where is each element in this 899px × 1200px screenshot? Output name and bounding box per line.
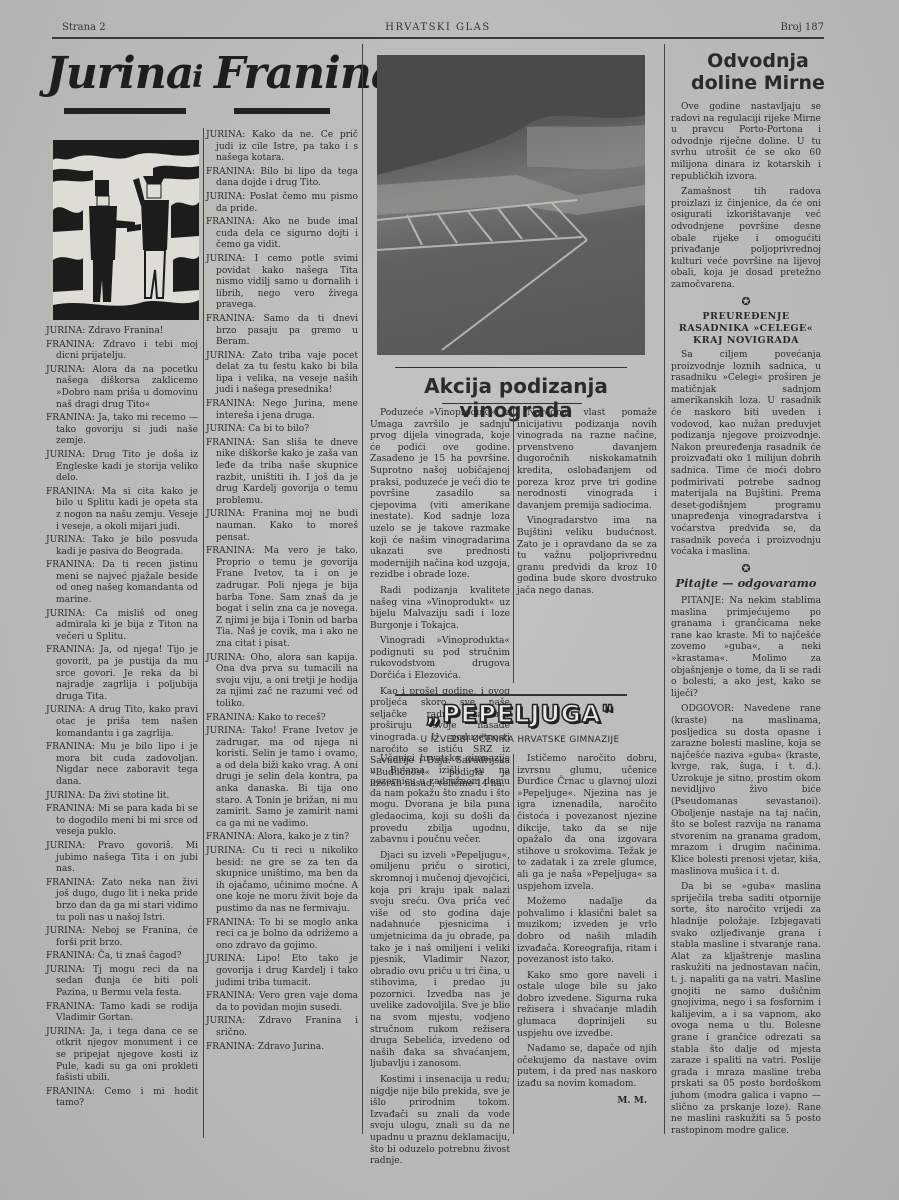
article-paragraph: Djaci su izveli »Pepeljugu«, omiljenu pr… [370, 851, 510, 1071]
article-paragraph: Ističemo naročito dobru, izvrsnu glumu, … [517, 754, 657, 893]
dialogue-line: JURINA: Drug Tito je doša iz Engleske ka… [46, 450, 198, 485]
article-paragraph: Nadamo se, dapače od njih očekujemo da n… [517, 1044, 657, 1090]
two-men-talking-icon [53, 140, 199, 320]
vineyard-aerial-photo-icon [377, 55, 645, 355]
issue-number: Broj 187 [780, 22, 824, 33]
article-paragraph: Kostimi i insenacija u redu; nigdje nije… [370, 1075, 510, 1168]
dialogue-line: JURINA: Tj mogu reci da na sedan đunja ć… [46, 965, 198, 1000]
dialogue-line: JURINA: Tako! Frane Ivetov je zadrugar, … [206, 726, 358, 830]
article-paragraph: Vinogradi »Vinoprodukta« podignuti su po… [370, 636, 510, 682]
dialogue-line: JURINA: Franina moj ne budi nauman. Kako… [206, 509, 358, 544]
dialogue-line: JURINA: Lipo! Eto tako je govorija i dru… [206, 954, 358, 989]
question-paragraph: PITANJE: Na nekim stablima maslina primj… [671, 596, 821, 700]
dialogue-line: FRANINA: Ča, ti znaš čagod? [46, 951, 198, 963]
headline-underline [442, 403, 582, 404]
dialogue-column-2: JURINA: Kako da ne. Ce prič judi iz cile… [206, 130, 358, 1055]
pepeljuga-headline: „PEPELJUGA" [410, 700, 630, 728]
dialogue-line: FRANINA: Ma vero je tako. Proprio o temu… [206, 546, 358, 650]
publication-title: HRVATSKI GLAS [52, 22, 824, 33]
title-underline-right [234, 108, 330, 114]
dialogue-line: JURINA: Neboj se Franina, će forši prit … [46, 926, 198, 949]
mirna-headline-line1: Odvodnja [668, 50, 848, 72]
section-rule [395, 694, 627, 696]
title-underline-left [64, 108, 186, 114]
dialogue-line: FRANINA: Mi se para kada bi se to dogodi… [46, 804, 198, 839]
dialogue-line: JURINA: Pravo govoriš. Mi jubimo našega … [46, 841, 198, 876]
column-rule [513, 408, 514, 683]
dialogue-line: JURINA: Tako je bilo posvuda kadi je pas… [46, 535, 198, 558]
star-divider-icon: ✪ [671, 296, 821, 308]
pepeljuga-column-1: Učenici hrvatske gimnazije u Bujama iziš… [370, 754, 510, 1172]
dialogue-line: FRANINA: Mu je bilo lipo i je mora bit c… [46, 742, 198, 788]
answer-paragraph: ODGOVOR: Navedene rane (kraste) na masli… [671, 704, 821, 878]
vineyard-column-2: Narodna vlast pomaže inicijativu podizan… [517, 408, 657, 602]
article-paragraph: Učenici hrvatske gimnazije u Bujama iziš… [370, 754, 510, 847]
dialogue-line: JURINA: Oho, alora san kapija. Ona dva p… [206, 653, 358, 711]
dialogue-line: FRANINA: Tamo kadi se rodija Vladimir Go… [46, 1002, 198, 1025]
article-paragraph: Radi podizanja kvalitete našeg vina »Vin… [370, 586, 510, 632]
dialogue-line: JURINA: Ja, i tega dana ce se otkrit nje… [46, 1027, 198, 1085]
dialogue-line: JURINA: I cemo potle svimi povidat kako … [206, 254, 358, 312]
dialogue-line: FRANINA: Ja, tako mi recemo — tako govor… [46, 413, 198, 448]
dialogue-line: FRANINA: Cemo i mi hodit tamo? [46, 1087, 198, 1110]
article-paragraph: Narodna vlast pomaže inicijativu podizan… [517, 408, 657, 512]
dialogue-line: FRANINA: Kako to receš? [206, 713, 358, 725]
dialogue-line: FRANINA: Vero gren vaje doma da to povid… [206, 991, 358, 1014]
vineyard-photo [377, 55, 645, 355]
right-column: Ove godine nastavljaju se radovi na regu… [671, 102, 821, 1141]
article-paragraph: Poduzeće »Vinoprodukt« iz Umaga završilo… [370, 408, 510, 582]
dialogue-line: FRANINA: San sliša te dneve nike diškorš… [206, 438, 358, 508]
column-rule [513, 754, 514, 1134]
celege-headline: PREUREĐENJE RASADNIKA »CELEGE« KRAJ NOVI… [671, 311, 821, 347]
pepeljuga-column-2: Ističemo naročito dobru, izvrsnu glumu, … [517, 754, 657, 1106]
dialogue-line: JURINA: Ca bi to bilo? [206, 424, 358, 436]
pepeljuga-subheadline: U IZVEDBI UČENIKA HRVATSKE GIMNAZIJE [400, 735, 640, 745]
dialogue-line: FRANINA: Ako ne bude imal cuda dela ce s… [206, 217, 358, 252]
article-paragraph: Sa ciljem povećanja proizvodnje loznih s… [671, 350, 821, 559]
column-rule [362, 44, 363, 1134]
newspaper-page: Strana 2 HRVATSKI GLAS Broj 187 Jurina i… [0, 0, 899, 1200]
article-paragraph: Ove godine nastavljaju se radovi na regu… [671, 102, 821, 183]
article-paragraph: Kako smo gore naveli i ostale uloge bile… [517, 971, 657, 1041]
title-jurina: Jurina [46, 48, 193, 99]
mirna-headline-line2: doline Mirne [668, 72, 848, 94]
mirna-headline: Odvodnja doline Mirne [668, 50, 848, 94]
dialogue-line: JURINA: A drug Tito, kako pravi otac je … [46, 705, 198, 740]
dialogue-line: FRANINA: Ja, od njega! Tijo je govorit, … [46, 645, 198, 703]
header-rule [52, 37, 824, 39]
title-franina: Franina [214, 48, 398, 99]
dialogue-line: FRANINA: Ma si cita kako je bilo u Split… [46, 487, 198, 533]
article-signature: M. M. [517, 1095, 657, 1107]
dialogue-line: JURINA: Zdravo Franina! [46, 326, 198, 338]
column-rule [664, 44, 665, 1134]
dialogue-line: FRANINA: Alora, kako je z tin? [206, 832, 358, 844]
title-conj: i [192, 60, 202, 95]
dialogue-title: Jurina i Franina [42, 48, 342, 120]
dialogue-line: JURINA: Alora da na pocetku našega diško… [46, 365, 198, 411]
dialogue-line: FRANINA: Zdravo Jurina. [206, 1042, 358, 1054]
dialogue-line: JURINA: Ca misliš od oneg admirala ki je… [46, 609, 198, 644]
dialogue-line: JURINA: Da živi stotine lit. [46, 791, 198, 803]
article-paragraph: Vinogradarstvo ima na Bujštini veliku bu… [517, 516, 657, 597]
woodcut-illustration [53, 140, 199, 320]
dialogue-line: JURINA: Zato triba vaje pocet delat za t… [206, 351, 358, 397]
qa-headline: Pitajte — odgovaramo [671, 578, 821, 590]
photo-rule [395, 367, 627, 368]
star-divider-icon: ✪ [671, 563, 821, 575]
column-rule [203, 128, 204, 1138]
dialogue-line: JURINA: Poslat čemo mu pismo da pride. [206, 192, 358, 215]
dialogue-line: FRANINA: Zato neka nan živi još dugo, du… [46, 878, 198, 924]
dialogue-line: FRANINA: To bi se moglo anka reci ca je … [206, 918, 358, 953]
dialogue-line: JURINA: Kako da ne. Ce prič judi iz cile… [206, 130, 358, 165]
page-header: Strana 2 HRVATSKI GLAS Broj 187 [52, 20, 824, 38]
dialogue-line: FRANINA: Bilo bi lipo da tega dana dojde… [206, 167, 358, 190]
dialogue-column-1: JURINA: Zdravo Franina! FRANINA: Zdravo … [46, 326, 198, 1112]
dialogue-line: FRANINA: Zdravo i tebi moj dicni prijate… [46, 340, 198, 363]
answer-paragraph: Da bi se »guba« maslina spriječila treba… [671, 882, 821, 1137]
article-paragraph: Zamašnost tih radova proizlazi iz činjen… [671, 187, 821, 291]
dialogue-line: JURINA: Cu ti reci u nikoliko besid: ne … [206, 846, 358, 916]
dialogue-line: FRANINA: Nego Jurina, mene intereša i je… [206, 399, 358, 422]
dialogue-line: FRANINA: Samo da ti dnevi brzo pasaju pa… [206, 314, 358, 349]
article-paragraph: Možemo nadalje da pohvalimo i klasični b… [517, 897, 657, 967]
dialogue-line: JURINA: Zdravo Franina i srično. [206, 1016, 358, 1039]
dialogue-line: FRANINA: Da ti recen jistinu meni se naj… [46, 560, 198, 606]
